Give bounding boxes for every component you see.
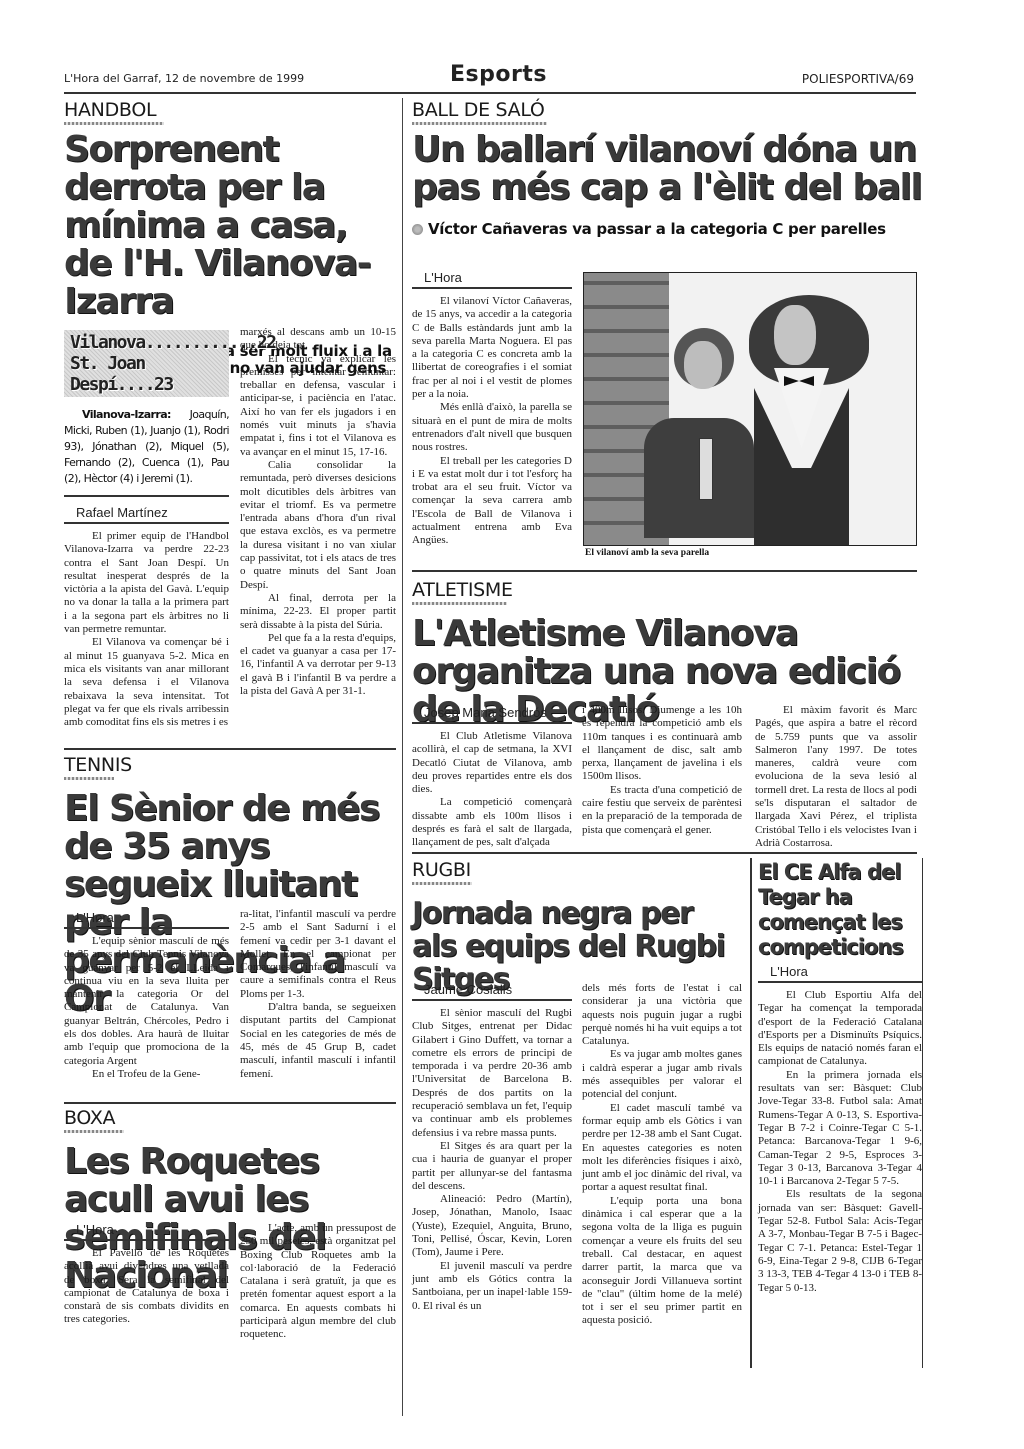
section-underline: [412, 882, 472, 885]
score-box: Vilanova............22 St. Joan Despí...…: [64, 330, 229, 397]
section-label: HANDBOL: [64, 100, 396, 120]
body-text: El sènior masculí del Rugbi Club Sitges,…: [412, 1007, 572, 1313]
handbol-left-column: Vilanova............22 St. Joan Despí...…: [64, 330, 229, 729]
masthead-rule: [64, 92, 916, 94]
photo-caption: El vilanoví amb la seva parella: [585, 548, 709, 558]
section-label: RUGBI: [412, 860, 742, 880]
page-label: POLIESPORTIVA/69: [802, 72, 914, 86]
section-title: Esports: [450, 62, 547, 87]
rugbi-column-2: dels més forts de l'estat i cal consider…: [582, 982, 742, 1328]
atletisme-column-1: Josep Maria Sendrós El Club Atletisme Vi…: [412, 705, 572, 850]
section-label: BALL DE SALÓ: [412, 100, 922, 120]
body-text: El vilanoví Víctor Cañaveras, de 15 anys…: [412, 295, 572, 548]
section-divider: [64, 1102, 396, 1104]
body-text: L'acte, amb un pressupost de 250 mil pes…: [240, 1222, 396, 1342]
rugbi-column-1: Jaume Cosialls El sènior masculí del Rug…: [412, 982, 572, 1313]
divider: [64, 495, 229, 497]
body-text: El Club Atletisme Vilanova acollirà, el …: [412, 730, 572, 850]
section-underline: [64, 777, 114, 780]
section-underline: [64, 122, 164, 125]
column-divider: [402, 98, 403, 1416]
tennis-left-column: L'Hora L'equip sènior masculí de més de …: [64, 910, 229, 1081]
body-text: El primer equip de l'Handbol Vilanova-Iz…: [64, 530, 229, 729]
ball-body-column: L'Hora El vilanoví Víctor Cañaveras, de …: [412, 270, 572, 548]
body-text: i 400m llisos. Diumenge a les 10h es rep…: [582, 704, 742, 837]
article-ball: BALL DE SALÓ Un ballarí vilanoví dóna un…: [412, 100, 922, 238]
bullet-icon: [412, 224, 423, 235]
section-underline: [412, 602, 507, 605]
photo-dancers: [583, 272, 917, 546]
dek: Víctor Cañaveras va passar a la categori…: [412, 221, 922, 238]
score-away: St. Joan Despí....23: [70, 353, 223, 395]
byline: L'Hora: [412, 270, 572, 289]
score-home: Vilanova............22: [70, 332, 223, 353]
headline: Sorprenent derrota per la mínima a casa,…: [64, 131, 396, 321]
body-text: ra-litat, l'infantil masculí va perdre 2…: [240, 908, 396, 1081]
trophy-icon: [699, 438, 713, 500]
byline: L'Hora: [758, 964, 922, 983]
byline: Josep Maria Sendrós: [412, 705, 572, 724]
section-label: ATLETISME: [412, 580, 922, 600]
body-text: El Pavelló de les Roquetes acollià avui …: [64, 1247, 229, 1327]
newspaper-page: L'Hora del Garraf, 12 de novembre de 199…: [0, 0, 1024, 1449]
section-divider: [412, 570, 917, 572]
byline: L'Hora: [64, 1222, 229, 1241]
byline: L'Hora: [64, 910, 229, 929]
body-text: L'equip sènior masculí de més de 35 anys…: [64, 935, 229, 1081]
lineup: Vilanova-Izarra: Joaquín, Micki, Ruben (…: [64, 407, 229, 487]
article-rugbi: RUGBI Jornada negra per als equips del R…: [412, 860, 742, 996]
body-text: dels més forts de l'estat i cal consider…: [582, 982, 742, 1328]
section-divider: [64, 748, 396, 750]
atletisme-column-2: i 400m llisos. Diumenge a les 10h es rep…: [582, 704, 742, 837]
body-text: El Club Esportiu Alfa del Tegar ha comen…: [758, 989, 922, 1295]
tennis-right-column: ra-litat, l'infantil masculí va perdre 2…: [240, 908, 396, 1081]
headline: Un ballarí vilanoví dóna un pas més cap …: [412, 131, 922, 207]
byline: Rafael Martínez: [64, 505, 229, 524]
headline: El CE Alfa del Tegar ha començat les com…: [758, 860, 922, 960]
section-label: TENNIS: [64, 755, 396, 775]
publication-date: L'Hora del Garraf, 12 de novembre de 199…: [64, 72, 304, 85]
article-alfa-tegar: El CE Alfa del Tegar ha començat les com…: [750, 858, 923, 1368]
boxa-left-column: L'Hora El Pavelló de les Roquetes acolli…: [64, 1222, 229, 1327]
body-text: marxés al descans amb un 10-15 que ho de…: [240, 326, 396, 698]
body-text: El màxim favorit és Marc Pagés, que aspi…: [755, 704, 917, 850]
byline: Jaume Cosialls: [412, 982, 572, 1001]
boxa-right-column: L'acte, amb un pressupost de 250 mil pes…: [240, 1222, 396, 1342]
section-underline: [412, 122, 547, 125]
handbol-right-column: marxés al descans amb un 10-15 que ho de…: [240, 326, 396, 698]
section-divider: [412, 852, 917, 854]
section-label: BOXA: [64, 1108, 396, 1128]
atletisme-column-3: El màxim favorit és Marc Pagés, que aspi…: [755, 704, 917, 850]
section-underline: [64, 1130, 124, 1133]
